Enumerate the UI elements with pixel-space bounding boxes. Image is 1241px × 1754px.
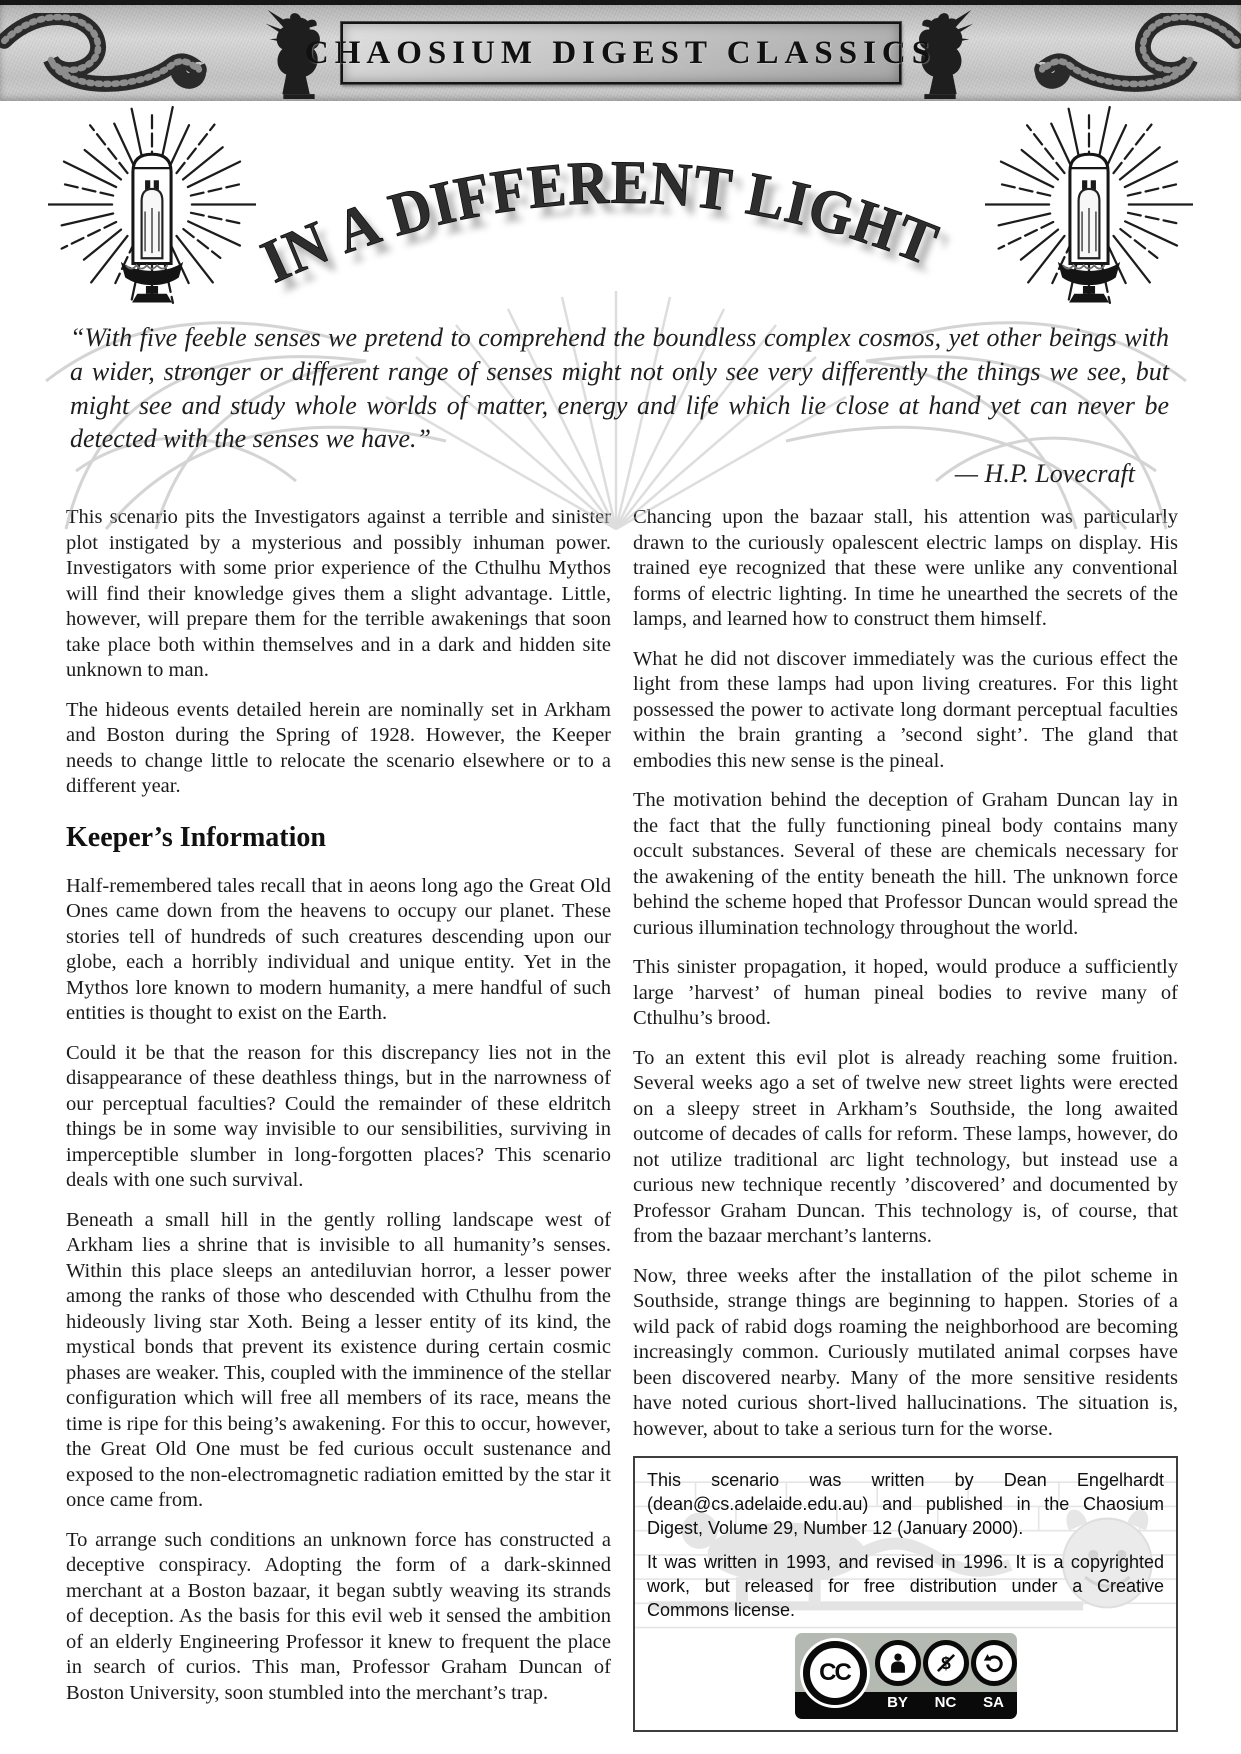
left-column: This scenario pits the Investigators aga… bbox=[66, 505, 611, 1720]
credit-line-1: This scenario was written by Dean Engelh… bbox=[647, 1469, 1164, 1541]
page-title-arched: IN A DIFFERENT LIGHT IN A DIFFERENT LIGH… bbox=[256, 105, 985, 307]
paragraph: Could it be that the reason for this dis… bbox=[66, 1041, 611, 1194]
body-columns: This scenario pits the Investigators aga… bbox=[0, 489, 1241, 1732]
paragraph: The hideous events detailed herein are n… bbox=[66, 698, 611, 800]
non-commercial-dollar-icon: $ bbox=[923, 1640, 969, 1686]
credit-line-2: It was written in 1993, and revised in 1… bbox=[647, 1551, 1164, 1623]
lovecraft-quote: “With five feeble senses we pretend to c… bbox=[70, 321, 1169, 456]
attribution-person-icon bbox=[875, 1640, 921, 1686]
document-page: CHAOSIUM DIGEST CLASSICS bbox=[0, 0, 1241, 1754]
cc-label-by: BY bbox=[875, 1690, 921, 1716]
cc-label-nc: NC bbox=[923, 1690, 969, 1716]
credit-box: This scenario was written by Dean Engelh… bbox=[633, 1456, 1178, 1732]
paragraph: Now, three weeks after the installation … bbox=[633, 1264, 1178, 1443]
snake-ornament-icon bbox=[0, 13, 234, 93]
paragraph: This sinister propagation, it hoped, wou… bbox=[633, 955, 1178, 1032]
snake-ornament-icon bbox=[1007, 13, 1241, 93]
quote-attribution: — H.P. Lovecraft bbox=[70, 456, 1169, 489]
banner-box: CHAOSIUM DIGEST CLASSICS bbox=[341, 22, 901, 84]
paragraph: What he did not discover immediately was… bbox=[633, 647, 1178, 775]
paragraph: To an extent this evil plot is already r… bbox=[633, 1046, 1178, 1250]
right-column: Chancing upon the bazaar stall, his atte… bbox=[633, 505, 1178, 1732]
epigraph: “With five feeble senses we pretend to c… bbox=[0, 315, 1241, 489]
paragraph: To arrange such conditions an unknown fo… bbox=[66, 1528, 611, 1707]
banner-title: CHAOSIUM DIGEST CLASSICS bbox=[305, 35, 936, 72]
section-heading-keepers-information: Keeper’s Information bbox=[66, 822, 611, 854]
cc-label-sa: SA bbox=[971, 1690, 1017, 1716]
paragraph: This scenario pits the Investigators aga… bbox=[66, 505, 611, 684]
cc-icon: CC bbox=[803, 1641, 867, 1705]
cc-license-badge: CC $ bbox=[795, 1633, 1017, 1719]
share-alike-arrow-icon bbox=[971, 1640, 1017, 1686]
paragraph: Beneath a small hill in the gently rolli… bbox=[66, 1208, 611, 1514]
paragraph: Half-remembered tales recall that in aeo… bbox=[66, 874, 611, 1027]
header-banner: CHAOSIUM DIGEST CLASSICS bbox=[0, 0, 1241, 101]
paragraph: The motivation behind the deception of G… bbox=[633, 788, 1178, 941]
